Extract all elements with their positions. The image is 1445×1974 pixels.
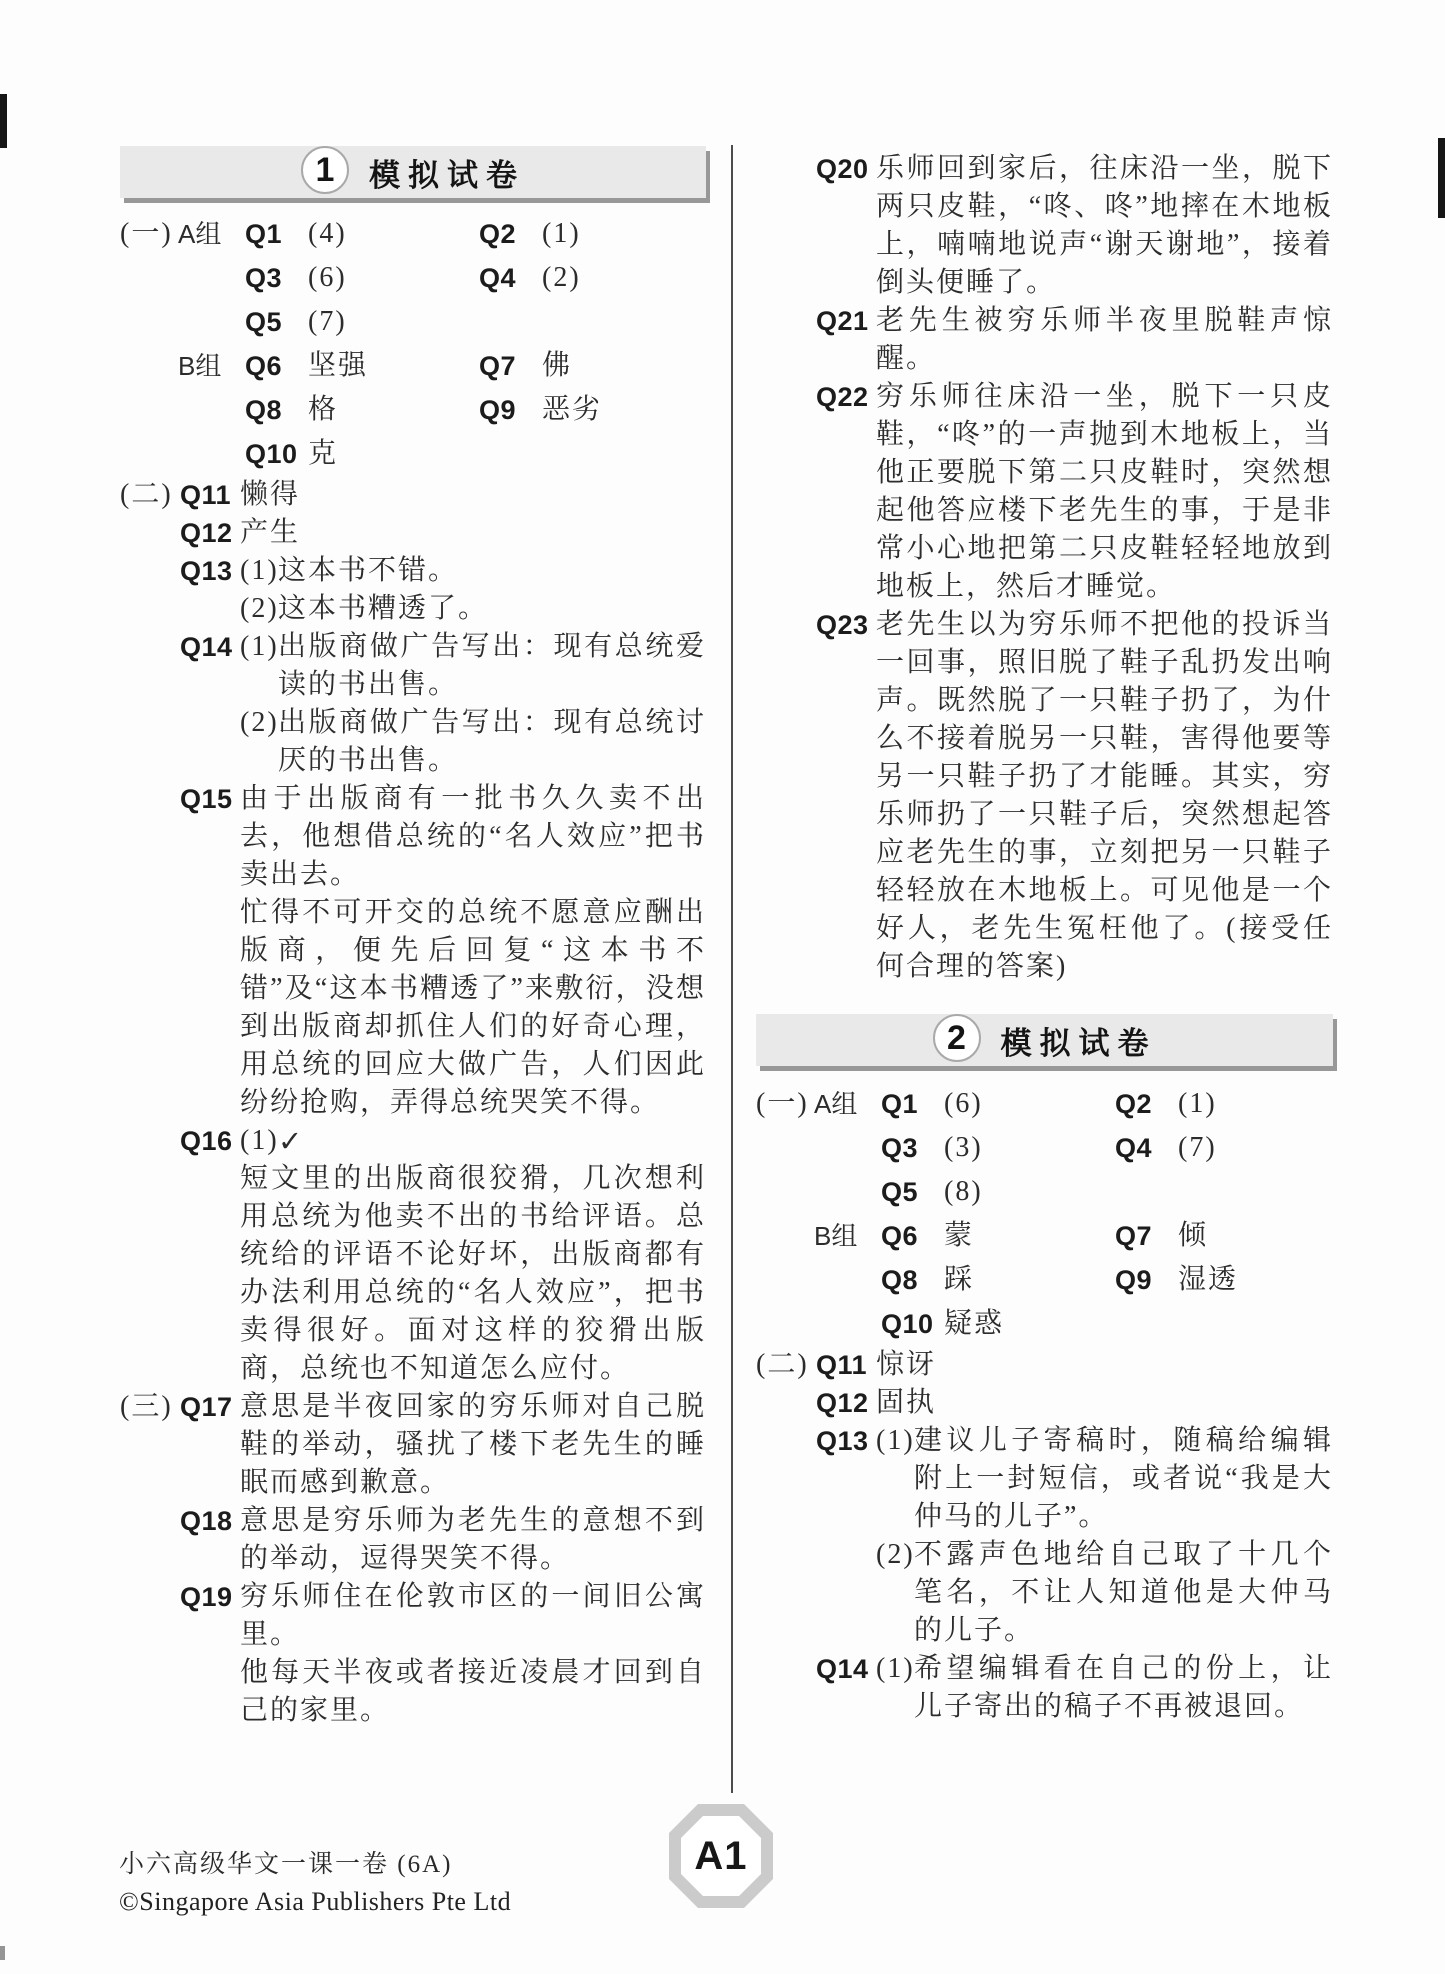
answer-row: Q20 乐师回到家后，往床沿一坐，脱下两只皮鞋，“咚、咚”地摔在木地板上，喃喃地… bbox=[756, 150, 1333, 302]
part-label bbox=[120, 1122, 180, 1388]
part-label bbox=[756, 1126, 814, 1170]
section-title: 模拟试卷 bbox=[1001, 1018, 1157, 1063]
part-spacer bbox=[756, 378, 816, 606]
answer-text: 老先生以为穷乐师不把他的投诉当一回事，照旧脱了鞋子乱扔发出响声。既然脱了一只鞋子… bbox=[876, 606, 1333, 986]
part-spacer bbox=[756, 606, 816, 986]
part-label: (一) bbox=[756, 1082, 814, 1126]
answer-row: Q12 产生 bbox=[120, 514, 706, 552]
paragraph: 固执 bbox=[876, 1384, 1333, 1422]
section-number-badge: 2 bbox=[933, 1014, 981, 1062]
question-label: Q14 bbox=[816, 1650, 876, 1726]
question-label: Q4 bbox=[479, 256, 542, 300]
part-label bbox=[120, 1578, 180, 1730]
answer-text bbox=[542, 432, 706, 476]
question-label: Q10 bbox=[881, 1302, 944, 1346]
sub-answer-row: (1) 希望编辑看在自己的份上，让儿子寄出的稿子不再被退回。 bbox=[876, 1650, 1333, 1726]
answer-text: (1) 希望编辑看在自己的份上，让儿子寄出的稿子不再被退回。 bbox=[876, 1650, 1333, 1726]
question-label: Q19 bbox=[180, 1578, 240, 1730]
question-label: Q11 bbox=[816, 1346, 876, 1384]
group-label bbox=[178, 432, 245, 476]
answer-text: (1) ✓ 短文里的出版商很狡猾，几次想利用总统为他卖不出的书给评语。总统给的评… bbox=[240, 1122, 706, 1388]
sub-marker: (2) bbox=[240, 590, 278, 628]
answer-row: Q14 (1) 希望编辑看在自己的份上，让儿子寄出的稿子不再被退回。 bbox=[756, 1650, 1333, 1726]
answer-row: Q23 老先生以为穷乐师不把他的投诉当一回事，照旧脱了鞋子乱扔发出响声。既然脱了… bbox=[756, 606, 1333, 986]
section-title: 模拟试卷 bbox=[369, 150, 525, 195]
sub-marker: (1) bbox=[240, 552, 278, 590]
question-label: Q9 bbox=[1115, 1258, 1178, 1302]
answer-text: 踩 bbox=[944, 1258, 1115, 1302]
question-label: Q3 bbox=[881, 1126, 944, 1170]
part-label: (二) bbox=[756, 1346, 816, 1384]
question-label: Q1 bbox=[245, 212, 308, 256]
paragraph: 意思是穷乐师为老先生的意想不到的举动，逗得哭笑不得。 bbox=[240, 1502, 706, 1578]
paragraph: 他每天半夜或者接近凌晨才回到自己的家里。 bbox=[240, 1654, 706, 1730]
sub-marker: (1) bbox=[240, 628, 278, 704]
answer-row: Q13 (1) 这本书不错。 (2) 这本书糟透了。 bbox=[120, 552, 706, 628]
question-label: Q1 bbox=[881, 1082, 944, 1126]
question-label: Q21 bbox=[816, 302, 876, 378]
answer-grid-row: Q8 格 Q9 恶劣 bbox=[120, 388, 706, 432]
question-label bbox=[479, 300, 542, 344]
answer-text bbox=[542, 300, 706, 344]
paragraph: 穷乐师往床沿一坐，脱下一只皮鞋，“咚”的一声抛到木地板上，当他正要脱下第二只皮鞋… bbox=[876, 378, 1333, 606]
group-label bbox=[178, 388, 245, 432]
sub-marker: (1) bbox=[876, 1422, 914, 1536]
sub-marker: (2) bbox=[240, 704, 278, 780]
answer-grid-row: Q10 疑惑 bbox=[756, 1302, 1333, 1346]
answer-text bbox=[1178, 1302, 1333, 1346]
sub-answer-row: (2) 这本书糟透了。 bbox=[240, 590, 706, 628]
left-column: 1 模拟试卷 (一) A组 Q1 (4) Q2 (1) Q3 (6) Q4 (2… bbox=[120, 146, 706, 1730]
answer-grid-row: B组 Q6 坚强 Q7 佛 bbox=[120, 344, 706, 388]
question-label: Q16 bbox=[180, 1122, 240, 1388]
column-divider bbox=[731, 145, 733, 1793]
sub-answer-text: 建议儿子寄稿时，随稿给编辑附上一封短信，或者说“我是大仲马的儿子”。 bbox=[914, 1422, 1333, 1536]
sub-answer-text: 这本书糟透了。 bbox=[278, 590, 706, 628]
question-label: Q23 bbox=[816, 606, 876, 986]
answer-text: (1) 建议儿子寄稿时，随稿给编辑附上一封短信，或者说“我是大仲马的儿子”。 (… bbox=[876, 1422, 1333, 1650]
scanned-answer-page: 1 模拟试卷 (一) A组 Q1 (4) Q2 (1) Q3 (6) Q4 (2… bbox=[0, 0, 1445, 1974]
part-label bbox=[120, 344, 178, 388]
answer-text: 蒙 bbox=[944, 1214, 1115, 1258]
answer-text bbox=[1178, 1170, 1333, 1214]
part-label bbox=[120, 1502, 180, 1578]
part-label bbox=[756, 1214, 814, 1258]
answer-text: 由于出版商有一批书久久卖不出去，他想借总统的“名人效应”把书卖出去。 忙得不可开… bbox=[240, 780, 706, 1122]
answer-text: 惊讶 bbox=[876, 1346, 1333, 1384]
answer-text: 坚强 bbox=[308, 344, 479, 388]
answer-row: Q21 老先生被穷乐师半夜里脱鞋声惊醒。 bbox=[756, 302, 1333, 378]
part-label bbox=[120, 780, 180, 1122]
question-label: Q4 bbox=[1115, 1126, 1178, 1170]
answer-grid-row: B组 Q6 蒙 Q7 倾 bbox=[756, 1214, 1333, 1258]
sub-answer-text: 希望编辑看在自己的份上，让儿子寄出的稿子不再被退回。 bbox=[914, 1650, 1333, 1726]
sub-marker: (2) bbox=[876, 1536, 914, 1650]
answer-grid-row: Q5 (8) bbox=[756, 1170, 1333, 1214]
answer-row: (二) Q11 惊讶 bbox=[756, 1346, 1333, 1384]
answer-text: (1) 这本书不错。 (2) 这本书糟透了。 bbox=[240, 552, 706, 628]
answer-row: Q12 固执 bbox=[756, 1384, 1333, 1422]
sub-marker: (1) bbox=[876, 1650, 914, 1726]
part-label: (一) bbox=[120, 212, 178, 256]
group-label bbox=[178, 256, 245, 300]
part-label bbox=[756, 1302, 814, 1346]
answer-row: Q18 意思是穷乐师为老先生的意想不到的举动，逗得哭笑不得。 bbox=[120, 1502, 706, 1578]
question-label bbox=[1115, 1302, 1178, 1346]
answer-text: (8) bbox=[944, 1170, 1115, 1214]
paragraph: 懒得 bbox=[240, 476, 706, 514]
part-label bbox=[756, 1422, 816, 1650]
footer-series-title: 小六高级华文一课一卷 (6A) bbox=[119, 1846, 511, 1883]
answer-text: 克 bbox=[308, 432, 479, 476]
answer-text: (4) bbox=[308, 212, 479, 256]
group-label bbox=[814, 1170, 881, 1214]
question-label: Q14 bbox=[180, 628, 240, 780]
sub-answer-row: (1) 这本书不错。 bbox=[240, 552, 706, 590]
sub-answer-row: (2) 不露声色地给自己取了十几个笔名，不让人知道他是大仲马的儿子。 bbox=[876, 1536, 1333, 1650]
answer-row: Q15 由于出版商有一批书久久卖不出去，他想借总统的“名人效应”把书卖出去。 忙… bbox=[120, 780, 706, 1122]
answer-text: 乐师回到家后，往床沿一坐，脱下两只皮鞋，“咚、咚”地摔在木地板上，喃喃地说声“谢… bbox=[876, 150, 1333, 302]
answer-grid-row: Q3 (3) Q4 (7) bbox=[756, 1126, 1333, 1170]
part-label bbox=[756, 1170, 814, 1214]
answer-grid-row: (一) A组 Q1 (6) Q2 (1) bbox=[756, 1082, 1333, 1126]
page-badge: A1 bbox=[667, 1802, 775, 1910]
question-label: Q6 bbox=[245, 344, 308, 388]
group-label: A组 bbox=[814, 1082, 881, 1126]
paragraph: 穷乐师住在伦敦市区的一间旧公寓里。 bbox=[240, 1578, 706, 1654]
group-label: B组 bbox=[178, 344, 245, 388]
answer-grid-row: Q3 (6) Q4 (2) bbox=[120, 256, 706, 300]
question-label: Q3 bbox=[245, 256, 308, 300]
part-label bbox=[120, 300, 178, 344]
answer-text: 老先生被穷乐师半夜里脱鞋声惊醒。 bbox=[876, 302, 1333, 378]
part-label bbox=[120, 514, 180, 552]
answer-text: 湿透 bbox=[1178, 1258, 1333, 1302]
sub-answer-text: 出版商做广告写出：现有总统爱读的书出售。 bbox=[278, 628, 706, 704]
sub-answer-row: (1) 出版商做广告写出：现有总统爱读的书出售。 bbox=[240, 628, 706, 704]
question-label bbox=[1115, 1170, 1178, 1214]
question-label: Q8 bbox=[881, 1258, 944, 1302]
footer-copyright: ©Singapore Asia Publishers Pte Ltd bbox=[119, 1883, 511, 1920]
paragraph: 忙得不可开交的总统不愿意应酬出版商，便先后回复“这本书不错”及“这本书糟透了”来… bbox=[240, 894, 706, 1122]
question-label bbox=[479, 432, 542, 476]
group-label: A组 bbox=[178, 212, 245, 256]
answer-text: 穷乐师住在伦敦市区的一间旧公寓里。 他每天半夜或者接近凌晨才回到自己的家里。 bbox=[240, 1578, 706, 1730]
section-number: 1 bbox=[316, 151, 335, 190]
answer-text: (6) bbox=[944, 1082, 1115, 1126]
part-label bbox=[120, 256, 178, 300]
question-label: Q12 bbox=[816, 1384, 876, 1422]
answer-row: Q14 (1) 出版商做广告写出：现有总统爱读的书出售。 (2) 出版商做广告写… bbox=[120, 628, 706, 780]
answer-grid-row: Q8 踩 Q9 湿透 bbox=[756, 1258, 1333, 1302]
answer-text: 穷乐师往床沿一坐，脱下一只皮鞋，“咚”的一声抛到木地板上，当他正要脱下第二只皮鞋… bbox=[876, 378, 1333, 606]
part-label bbox=[756, 1258, 814, 1302]
part-spacer bbox=[756, 302, 816, 378]
answer-text: (2) bbox=[542, 256, 706, 300]
sub-answer-row: (1) ✓ bbox=[240, 1122, 706, 1160]
question-label: Q8 bbox=[245, 388, 308, 432]
paragraph: 乐师回到家后，往床沿一坐，脱下两只皮鞋，“咚、咚”地摔在木地板上，喃喃地说声“谢… bbox=[876, 150, 1333, 302]
question-label: Q11 bbox=[180, 476, 240, 514]
part-label bbox=[756, 1650, 816, 1726]
part-label bbox=[120, 552, 180, 628]
sub-answer-text: 这本书不错。 bbox=[278, 552, 706, 590]
paragraph: 老先生被穷乐师半夜里脱鞋声惊醒。 bbox=[876, 302, 1333, 378]
answer-row: Q16 (1) ✓ 短文里的出版商很狡猾，几次想利用总统为他卖不出的书给评语。总… bbox=[120, 1122, 706, 1388]
answer-text: 佛 bbox=[542, 344, 706, 388]
checkmark: ✓ bbox=[278, 1122, 706, 1160]
answer-grid-row: (一) A组 Q1 (4) Q2 (1) bbox=[120, 212, 706, 256]
part-label bbox=[120, 628, 180, 780]
group-label bbox=[814, 1302, 881, 1346]
sub-answer-text: 出版商做广告写出：现有总统讨厌的书出售。 bbox=[278, 704, 706, 780]
answer-row: Q13 (1) 建议儿子寄稿时，随稿给编辑附上一封短信，或者说“我是大仲马的儿子… bbox=[756, 1422, 1333, 1650]
group-label bbox=[814, 1258, 881, 1302]
answer-row: (三) Q17 意思是半夜回家的穷乐师对自己脱鞋的举动，骚扰了楼下老先生的睡眠而… bbox=[120, 1388, 706, 1502]
paragraph: 老先生以为穷乐师不把他的投诉当一回事，照旧脱了鞋子乱扔发出响声。既然脱了一只鞋子… bbox=[876, 606, 1333, 986]
page-number: A1 bbox=[694, 1834, 747, 1879]
sub-marker: (1) bbox=[240, 1122, 278, 1160]
answer-row: Q22 穷乐师往床沿一坐，脱下一只皮鞋，“咚”的一声抛到木地板上，当他正要脱下第… bbox=[756, 378, 1333, 606]
answer-text: 固执 bbox=[876, 1384, 1333, 1422]
question-label: Q13 bbox=[816, 1422, 876, 1650]
question-label: Q12 bbox=[180, 514, 240, 552]
scan-artifact bbox=[0, 94, 7, 148]
answer-text: 倾 bbox=[1178, 1214, 1333, 1258]
paragraph: 惊讶 bbox=[876, 1346, 1333, 1384]
question-label: Q13 bbox=[180, 552, 240, 628]
section-number-badge: 1 bbox=[301, 146, 349, 194]
right-column: Q20 乐师回到家后，往床沿一坐，脱下两只皮鞋，“咚、咚”地摔在木地板上，喃喃地… bbox=[756, 150, 1333, 1726]
sub-answer-text: 不露声色地给自己取了十几个笔名，不让人知道他是大仲马的儿子。 bbox=[914, 1536, 1333, 1650]
answer-text: 疑惑 bbox=[944, 1302, 1115, 1346]
question-label: Q7 bbox=[1115, 1214, 1178, 1258]
answer-grid-row: Q5 (7) bbox=[120, 300, 706, 344]
answer-text: (1) bbox=[1178, 1082, 1333, 1126]
section-1-header: 1 模拟试卷 bbox=[120, 146, 706, 198]
paragraph: 由于出版商有一批书久久卖不出去，他想借总统的“名人效应”把书卖出去。 bbox=[240, 780, 706, 894]
part-label: (二) bbox=[120, 476, 180, 514]
answer-text: (7) bbox=[308, 300, 479, 344]
answer-text: (1) 出版商做广告写出：现有总统爱读的书出售。 (2) 出版商做广告写出：现有… bbox=[240, 628, 706, 780]
question-label: Q17 bbox=[180, 1388, 240, 1502]
question-label: Q2 bbox=[479, 212, 542, 256]
part-spacer bbox=[756, 150, 816, 302]
sub-answer-row: (2) 出版商做广告写出：现有总统讨厌的书出售。 bbox=[240, 704, 706, 780]
answer-row: (二) Q11 懒得 bbox=[120, 476, 706, 514]
group-label bbox=[178, 300, 245, 344]
paragraph: 产生 bbox=[240, 514, 706, 552]
question-label: Q18 bbox=[180, 1502, 240, 1578]
answer-text: 格 bbox=[308, 388, 479, 432]
answer-text: (3) bbox=[944, 1126, 1115, 1170]
part-label bbox=[756, 1384, 816, 1422]
question-label: Q2 bbox=[1115, 1082, 1178, 1126]
part-label: (三) bbox=[120, 1388, 180, 1502]
page-footer: 小六高级华文一课一卷 (6A) ©Singapore Asia Publishe… bbox=[119, 1846, 511, 1920]
question-label: Q22 bbox=[816, 378, 876, 606]
question-label: Q15 bbox=[180, 780, 240, 1122]
group-label: B组 bbox=[814, 1214, 881, 1258]
answer-text: 意思是穷乐师为老先生的意想不到的举动，逗得哭笑不得。 bbox=[240, 1502, 706, 1578]
answer-text: (6) bbox=[308, 256, 479, 300]
answer-text: 恶劣 bbox=[542, 388, 706, 432]
answer-text: 产生 bbox=[240, 514, 706, 552]
part-label bbox=[120, 388, 178, 432]
section-number: 2 bbox=[947, 1019, 966, 1058]
answer-grid-row: Q10 克 bbox=[120, 432, 706, 476]
question-label: Q7 bbox=[479, 344, 542, 388]
answer-text: (7) bbox=[1178, 1126, 1333, 1170]
question-label: Q9 bbox=[479, 388, 542, 432]
question-label: Q5 bbox=[881, 1170, 944, 1214]
answer-text: 懒得 bbox=[240, 476, 706, 514]
answer-text: (1) bbox=[542, 212, 706, 256]
sub-answer-row: (1) 建议儿子寄稿时，随稿给编辑附上一封短信，或者说“我是大仲马的儿子”。 bbox=[876, 1422, 1333, 1536]
question-label: Q6 bbox=[881, 1214, 944, 1258]
section-2-header: 2 模拟试卷 bbox=[756, 1014, 1333, 1066]
part-label bbox=[120, 432, 178, 476]
answer-row: Q19 穷乐师住在伦敦市区的一间旧公寓里。 他每天半夜或者接近凌晨才回到自己的家… bbox=[120, 1578, 706, 1730]
group-label bbox=[814, 1126, 881, 1170]
question-label: Q20 bbox=[816, 150, 876, 302]
answer-text: 意思是半夜回家的穷乐师对自己脱鞋的举动，骚扰了楼下老先生的睡眠而感到歉意。 bbox=[240, 1388, 706, 1502]
paragraph: 意思是半夜回家的穷乐师对自己脱鞋的举动，骚扰了楼下老先生的睡眠而感到歉意。 bbox=[240, 1388, 706, 1502]
question-label: Q5 bbox=[245, 300, 308, 344]
scan-artifact bbox=[0, 1946, 5, 1960]
question-label: Q10 bbox=[245, 432, 308, 476]
scan-artifact bbox=[1438, 138, 1445, 218]
paragraph: 短文里的出版商很狡猾，几次想利用总统为他卖不出的书给评语。总统给的评语不论好坏，… bbox=[240, 1160, 706, 1388]
